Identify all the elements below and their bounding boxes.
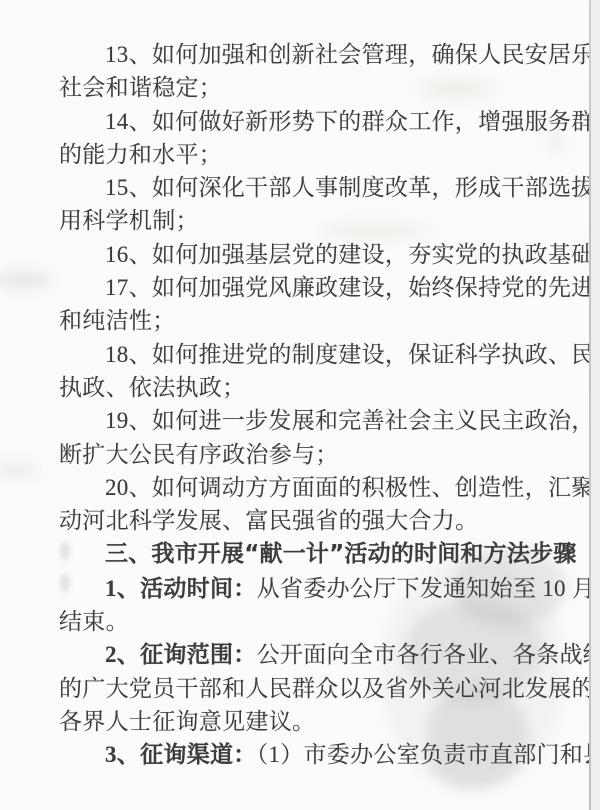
text-line: 社会和谐稳定；: [59, 71, 575, 104]
text-line: 结束。: [59, 605, 575, 638]
line-text: 15、如何深化干部人事制度改革，形成干部选拔任: [105, 175, 600, 200]
line-text: 断扩大公民有序政治参与；: [59, 442, 339, 467]
heading-text: 三、我市开展“献一计”活动的时间和方法步骤: [105, 541, 576, 567]
text-line: 14、如何做好新形势下的群众工作，增强服务群众: [59, 105, 575, 138]
text-line: 13、如何加强和创新社会管理，确保人民安居乐业、: [59, 38, 575, 71]
line-text: 的广大党员干部和人民群众以及省外关心河北发展的: [59, 676, 595, 701]
line-text: 18、如何推进党的制度建设，保证科学执政、民主: [105, 342, 600, 367]
paragraph-label: 2、征询范围：: [105, 642, 257, 667]
text-line: 各界人士征询意见建议。: [59, 705, 575, 738]
text-line: 20、如何调动方方面面的积极性、创造性，汇聚推: [59, 471, 575, 504]
line-text: 19、如何进一步发展和完善社会主义民主政治，不: [105, 408, 600, 433]
text-line: 的能力和水平；: [59, 138, 575, 171]
paragraph-label: 3、征询渠道：: [105, 742, 257, 767]
line-text: 16、如何加强基层党的建设，夯实党的执政基础；: [105, 242, 600, 267]
text-line: 18、如何推进党的制度建设，保证科学执政、民主: [59, 338, 575, 371]
line-text: 公开面向全市各行各业、各条战线: [257, 642, 600, 667]
text-line: 的广大党员干部和人民群众以及省外关心河北发展的: [59, 672, 575, 705]
line-text: 13、如何加强和创新社会管理，确保人民安居乐业、: [105, 42, 600, 67]
document-body: 13、如何加强和创新社会管理，确保人民安居乐业、 社会和谐稳定； 14、如何做好…: [59, 38, 575, 772]
text-line: 3、征询渠道：（1）市委办公室负责市直部门和县: [59, 738, 575, 771]
line-text: 社会和谐稳定；: [59, 75, 222, 100]
line-text: 用科学机制；: [59, 208, 199, 233]
scan-smudge: [0, 270, 54, 290]
text-line: 执政、依法执政；: [59, 371, 575, 404]
line-text: 和纯洁性；: [59, 308, 176, 333]
text-line: 19、如何进一步发展和完善社会主义民主政治，不: [59, 404, 575, 437]
text-line: 2、征询范围：公开面向全市各行各业、各条战线: [59, 638, 575, 671]
line-text: 的能力和水平；: [59, 142, 222, 167]
text-line: 用科学机制；: [59, 204, 575, 237]
scanned-page: 13、如何加强和创新社会管理，确保人民安居乐业、 社会和谐稳定； 14、如何做好…: [0, 0, 600, 810]
line-text: 14、如何做好新形势下的群众工作，增强服务群众: [105, 109, 600, 134]
scan-smudge: [0, 462, 38, 478]
text-line: 1、活动时间：从省委办公厅下发通知始至 10 月底: [59, 572, 575, 605]
text-line: 和纯洁性；: [59, 304, 575, 337]
line-text: （1）市委办公室负责市直部门和县: [257, 742, 600, 767]
text-line: 断扩大公民有序政治参与；: [59, 438, 575, 471]
paragraph-label: 1、活动时间：: [105, 576, 257, 601]
section-heading: 三、我市开展“献一计”活动的时间和方法步骤: [59, 537, 575, 571]
text-line: 15、如何深化干部人事制度改革，形成干部选拔任: [59, 171, 575, 204]
text-line: 16、如何加强基层党的建设，夯实党的执政基础；: [59, 238, 575, 271]
line-text: 执政、依法执政；: [59, 375, 245, 400]
scanner-margin: [591, 0, 600, 810]
line-text: 从省委办公厅下发通知始至 10 月底: [257, 576, 600, 601]
line-text: 结束。: [59, 609, 129, 634]
text-line: 17、如何加强党风廉政建设，始终保持党的先进性: [59, 271, 575, 304]
line-text: 动河北科学发展、富民强省的强大合力。: [59, 508, 478, 533]
line-text: 20、如何调动方方面面的积极性、创造性，汇聚推: [105, 475, 600, 500]
text-line: 动河北科学发展、富民强省的强大合力。: [59, 504, 575, 537]
line-text: 各界人士征询意见建议。: [59, 709, 315, 734]
line-text: 17、如何加强党风廉政建设，始终保持党的先进性: [105, 275, 600, 300]
